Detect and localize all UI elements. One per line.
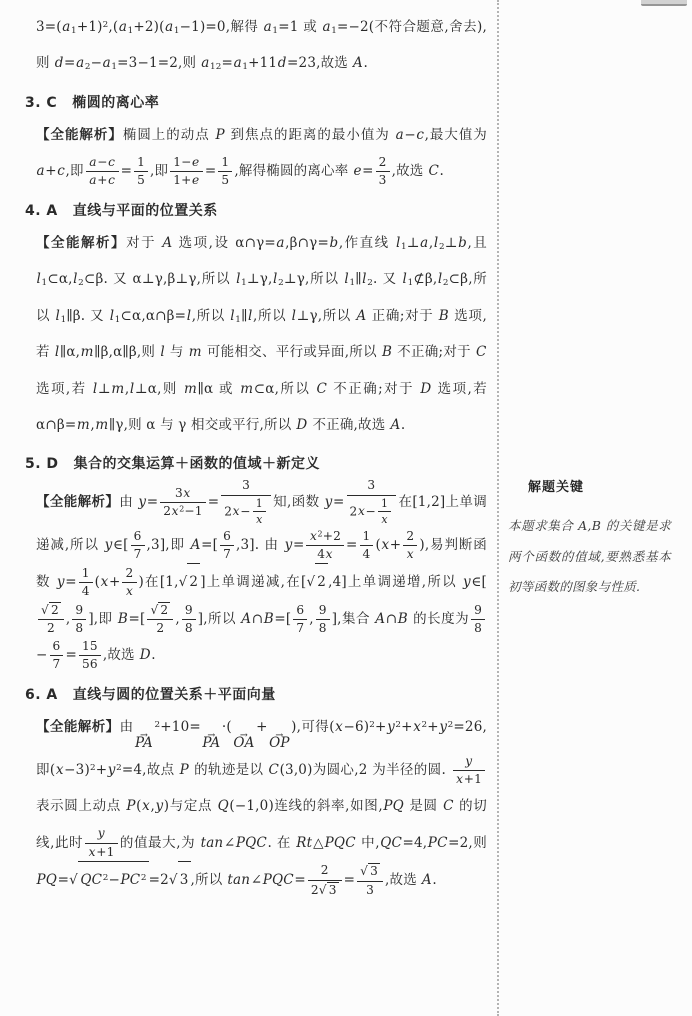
heading-number: 5. D [25,456,59,472]
radical: √3 [360,863,380,879]
heading-title: 集合的交集运算＋函数的值域＋新定义 [74,456,321,472]
radical: √QC2−PC2 [69,861,149,898]
fraction: 2x [122,566,136,599]
fraction: yx+1 [85,826,117,859]
sidebar-note: 解题关键 本题求集合 A,B 的关键是求两个函数的值域,要熟悉基本初等函数的图象… [508,476,671,603]
solution-paragraph: 【全能解析】由→PA2+10=→PA·(→OA+→OP),可得(x−6)2+y2… [36,709,487,899]
solution-paragraph: 【全能解析】由 y=3x2x2−1=32x−1x知,函数 y=32x−1x在[1… [36,478,487,673]
solution-paragraph: 3=(a1+1)2,(a1+2)(a1−1)=0,解得 a1=1 或 a1=−2… [36,9,487,82]
radical: √2 [179,563,201,600]
fraction: √22 [147,602,173,636]
main-column: 3=(a1+1)2,(a1+2)(a1−1)=0,解得 a1=1 或 a1=−2… [25,8,487,900]
fraction: √33 [357,863,383,897]
fraction: 1−e1+e [170,155,203,188]
heading-number: 3. C [25,95,57,111]
column-divider [497,0,499,1016]
fraction: 32x−1x [221,478,271,527]
fraction: 1556 [79,639,101,672]
fraction: 1x [253,497,266,527]
fraction: 67 [293,603,307,636]
fraction: a−ca+c [86,155,119,188]
fraction: 22√3 [308,863,342,897]
fraction: 23 [376,155,390,188]
heading-number: 4. A [25,203,58,219]
vector: →PA [135,731,154,752]
fraction: 1x [378,497,391,527]
fraction: 14 [79,566,93,599]
page-corner-tab [641,0,687,6]
fraction: yx+1 [453,754,485,787]
solution-paragraph: 【全能解析】椭圆上的动点 P 到焦点的距离的最小值为 a−c,最大值为 a+c,… [36,117,487,190]
analysis-label: 【全能解析】 [36,235,126,251]
analysis-label: 【全能解析】 [36,719,120,735]
radical: √2 [150,602,170,618]
fraction: 98 [182,603,196,636]
radical: √2 [41,602,61,618]
vector: →OA [233,731,255,752]
section-heading: 5. D集合的交集运算＋函数的值域＋新定义 [25,453,487,473]
vector: →OP [269,731,291,752]
fraction: 14 [360,529,374,562]
fraction: 67 [131,529,145,562]
section-heading: 3. C椭圆的离心率 [25,92,487,112]
sidebar-note-body: 本题求集合 A,B 的关键是求两个函数的值域,要熟悉基本初等函数的图象与性质. [508,511,671,603]
solution-paragraph: 【全能解析】对于 A 选项,设 α∩γ=a,β∩γ=b,作直线 l1⊥a,l2⊥… [36,225,487,444]
radical: √3 [169,861,191,898]
fraction: x2+24x [306,529,344,562]
sidebar-note-title: 解题关键 [528,476,671,495]
fraction: 67 [50,639,64,672]
heading-title: 直线与圆的位置关系＋平面向量 [73,687,276,703]
analysis-label: 【全能解析】 [36,494,119,510]
heading-title: 椭圆的离心率 [72,95,159,111]
section-heading: 6. A直线与圆的位置关系＋平面向量 [25,684,487,704]
heading-number: 6. A [25,687,58,703]
fraction: 98 [316,603,330,636]
fraction: 98 [471,603,485,636]
fraction: 3x2x2−1 [160,486,206,519]
heading-title: 直线与平面的位置关系 [73,203,218,219]
fraction: 2x [403,529,417,562]
fraction: 98 [72,603,86,636]
fraction: √22 [38,602,64,636]
radical: √3 [319,882,339,898]
analysis-label: 【全能解析】 [36,127,123,143]
vector: →PA [202,731,221,752]
section-heading: 4. A直线与平面的位置关系 [25,200,487,220]
fraction: 15 [218,155,232,188]
fraction: 15 [134,155,148,188]
radical: √2 [306,563,328,600]
fraction: 67 [220,529,234,562]
fraction: 32x−1x [347,478,397,527]
